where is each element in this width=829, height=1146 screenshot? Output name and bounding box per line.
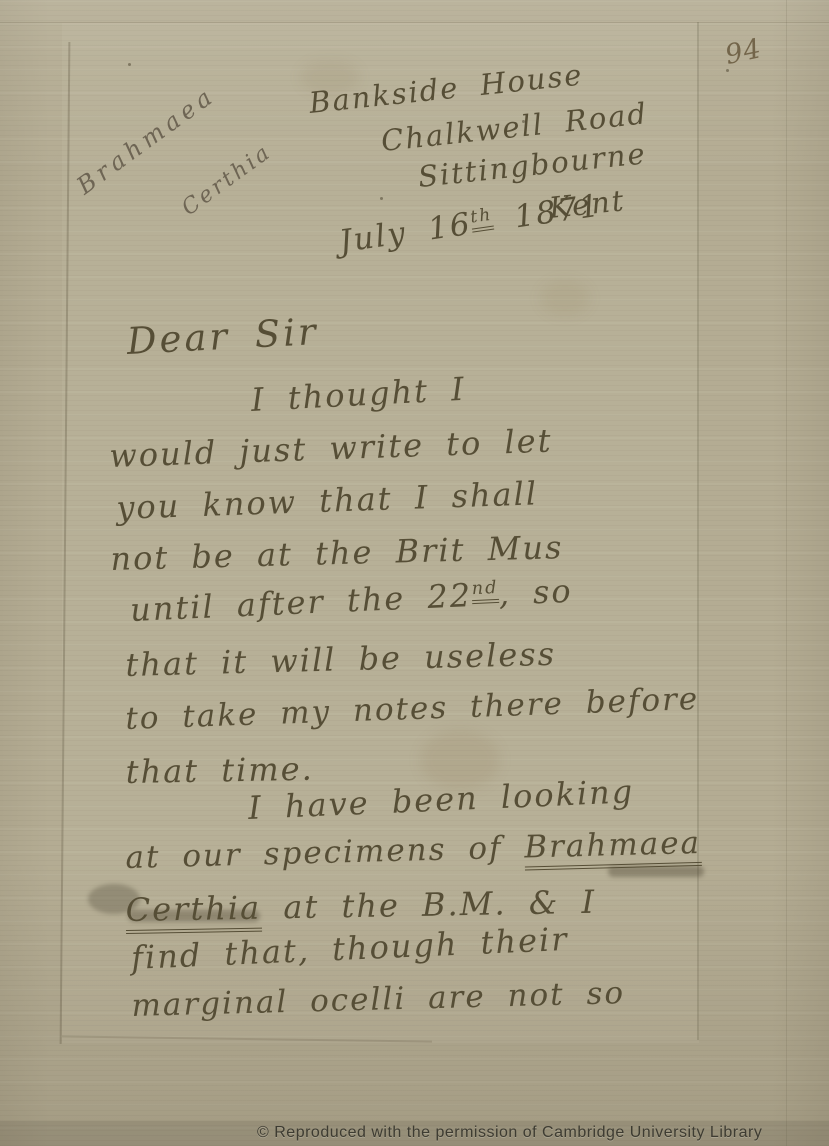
album-edge-right xyxy=(786,0,787,1146)
paper-stain xyxy=(540,280,590,316)
body-text-segment: that time. xyxy=(125,750,314,791)
ink-speck xyxy=(128,63,131,66)
letter-body-line: that time. xyxy=(125,750,314,791)
letter-edge-right xyxy=(697,22,699,1040)
underlined-species-name: Brahmaea xyxy=(524,825,702,871)
copyright-footer-bar: © Reproduced with the permission of Camb… xyxy=(0,1121,829,1146)
body-text-segment: , so xyxy=(498,572,574,613)
underlined-species-name: Certhia xyxy=(125,889,261,934)
ink-speck xyxy=(380,197,383,200)
underlined-species-name: nd xyxy=(471,578,499,604)
copyright-text: © Reproduced with the permission of Camb… xyxy=(257,1124,762,1142)
album-crease-top xyxy=(0,22,829,23)
